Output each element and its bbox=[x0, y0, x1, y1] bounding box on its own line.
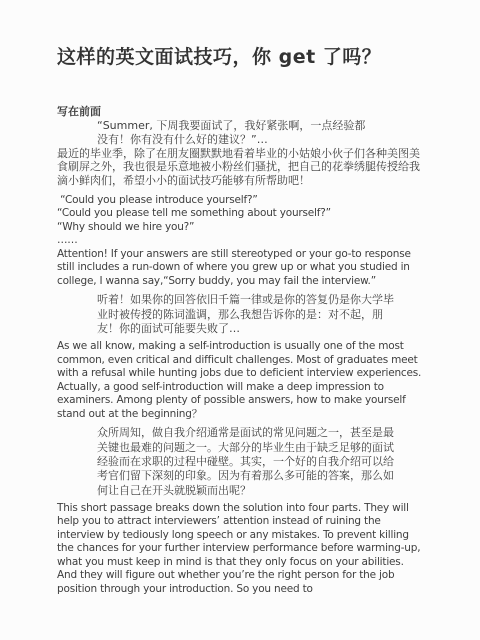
body-paragraph-english-1: As we all know, making a self-introducti… bbox=[57, 340, 425, 421]
body-paragraph-english-2: This short passage breaks down the solut… bbox=[57, 502, 425, 597]
preface-paragraph: 最近的毕业季，除了在朋友圈默默地看着毕业的小姑娘小伙子们各种美图美食刷屏之外，我… bbox=[57, 147, 425, 188]
interview-question-1: “Could you please introduce yourself?” bbox=[57, 194, 425, 208]
ellipsis-line: …… bbox=[57, 234, 425, 248]
preface-dialogue-quote: “Summer, 下周我要面试了，我好紧张啊，一点经验都没有！你有没有什么好的建… bbox=[97, 119, 369, 147]
attention-paragraph: Attention! If your answers are still ste… bbox=[57, 248, 425, 289]
interview-question-2: “Could you please tell me something abou… bbox=[57, 207, 425, 221]
article-page: 这样的英文面试技巧，你 get 了吗？ 写在前面 “Summer, 下周我要面试… bbox=[0, 0, 480, 640]
interview-questions-block: “Could you please introduce yourself?” “… bbox=[57, 194, 425, 248]
interview-question-3: “Why should we hire you?” bbox=[57, 221, 425, 235]
chinese-translation-quote-2: 众所周知，做自我介绍通常是面试的常见问题之一，甚至是最关键也最难的问题之一。大部… bbox=[97, 426, 399, 497]
preface-heading: 写在前面 bbox=[57, 105, 425, 119]
article-title: 这样的英文面试技巧，你 get 了吗？ bbox=[57, 45, 425, 70]
chinese-translation-quote-1: 听着！如果你的回答依旧千篇一律或是你的答复仍是你大学毕业时被传授的陈词滥调，那么… bbox=[97, 293, 399, 336]
